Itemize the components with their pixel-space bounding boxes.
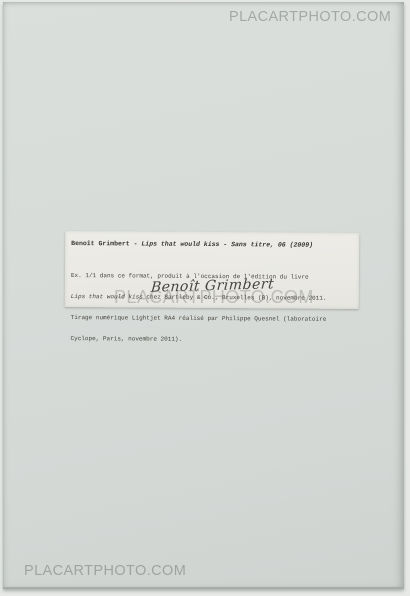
edition-label: Benoît Grimbert - Lips that would kiss -… xyxy=(65,231,360,309)
label-title: Benoît Grimbert - Lips that would kiss -… xyxy=(71,240,355,249)
description-line: Tirage numérique Lightjet RA4 réalisé pa… xyxy=(71,314,355,323)
description-line: Lips that would kiss chez Bartleby & Co.… xyxy=(71,293,355,302)
work-title: Lips that would kiss - Sans titre, 06 (2… xyxy=(141,241,313,249)
artist-name: Benoît Grimbert xyxy=(71,240,130,247)
print-verso-paper: Benoît Grimbert - Lips that would kiss -… xyxy=(3,2,404,589)
product-photo: Benoît Grimbert - Lips that would kiss -… xyxy=(0,0,410,596)
description-line: Cyclope, Paris, novembre 2011). xyxy=(70,335,354,344)
book-title-italic: Lips that would kiss xyxy=(71,293,143,301)
title-separator: - xyxy=(130,240,142,247)
label-description: Ex. 1/1 dans ce format, produit à l'occa… xyxy=(70,258,355,358)
